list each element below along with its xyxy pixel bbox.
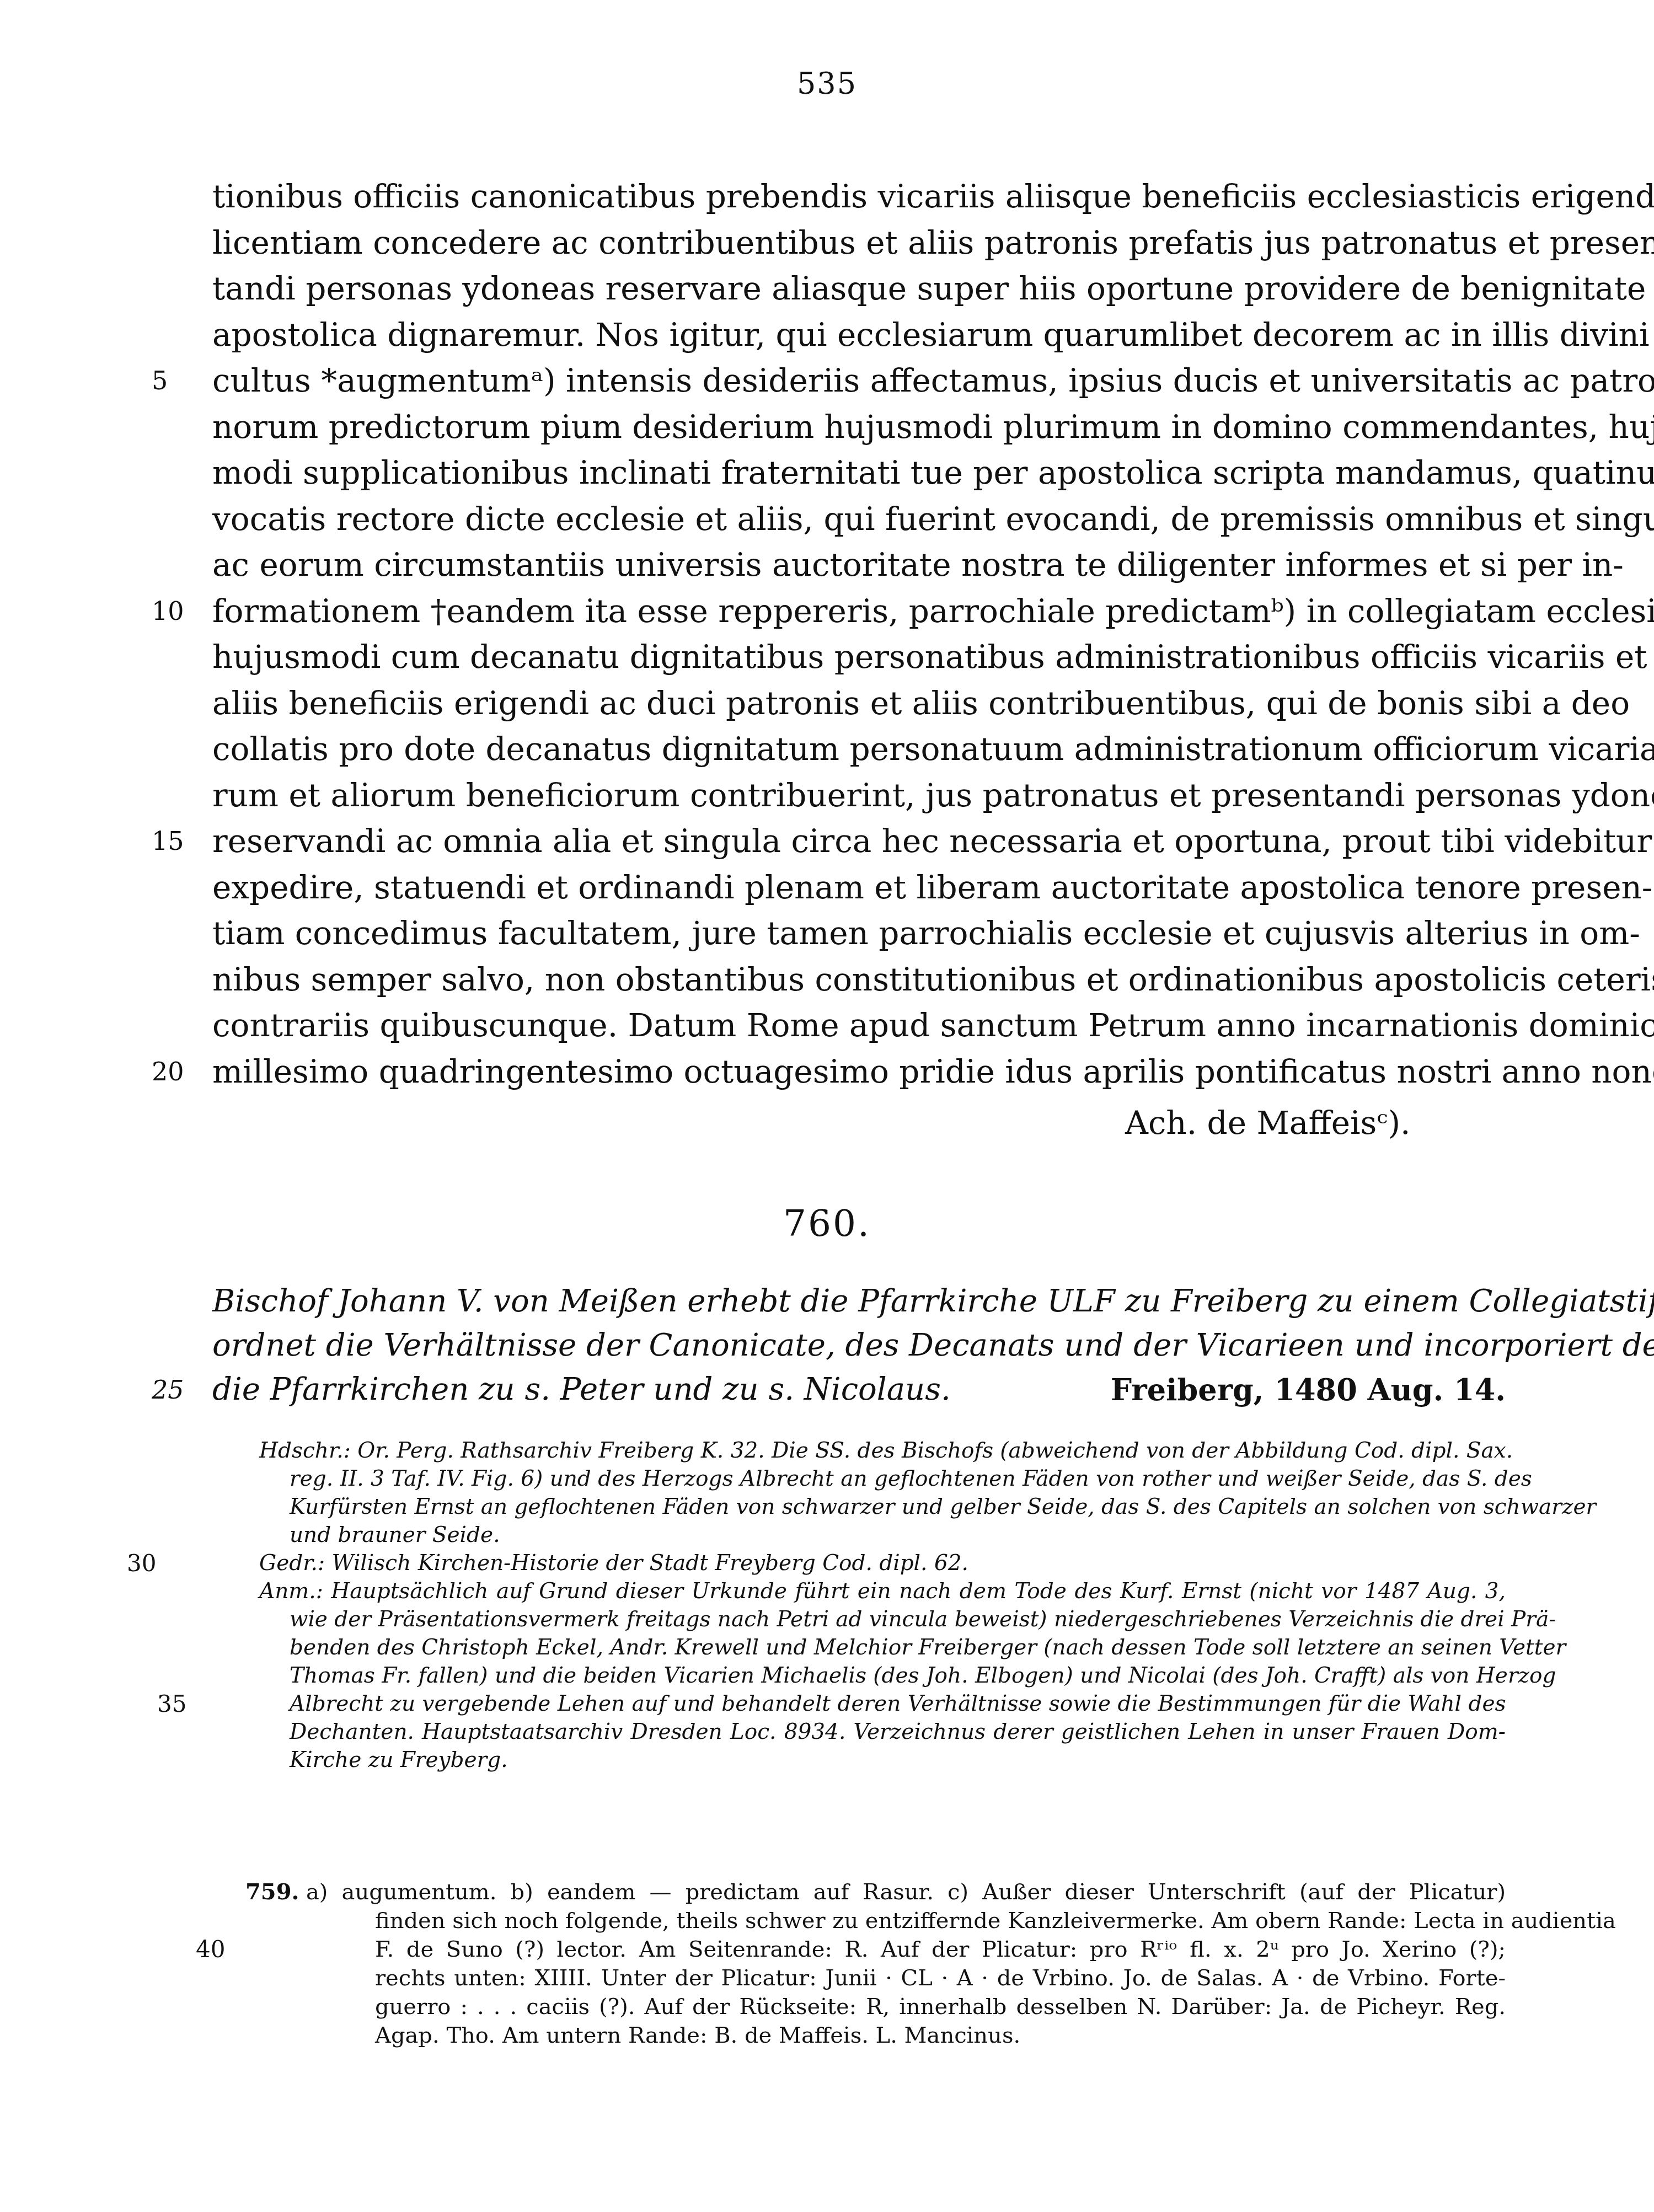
- line-number: 20: [152, 1049, 190, 1095]
- line-number: 15: [152, 818, 190, 865]
- text-line: nibus semper salvo, non obstantibus cons…: [212, 957, 1506, 1003]
- line-text: Agap. Tho. Am untern Rande: B. de Maffei…: [375, 2023, 1020, 2048]
- text-line: modi supplicationibus inclinati fraterni…: [212, 450, 1506, 496]
- summary-line: Bischof Johann V. von Meißen erhebt die …: [212, 1279, 1506, 1324]
- text-line: tandi personas ydoneas reservare aliasqu…: [212, 266, 1506, 312]
- line-text: wie der Präsentationsvermerk freitags na…: [290, 1607, 1556, 1632]
- text-line: aliis beneficiis erigendi ac duci patron…: [212, 681, 1506, 727]
- footnote-line: rechts unten: XIIII. Unter der Plicatur:…: [375, 1964, 1506, 1993]
- line-text: Bischof Johann V. von Meißen erhebt die …: [212, 1279, 1506, 1324]
- document-summary: Bischof Johann V. von Meißen erhebt die …: [212, 1279, 1506, 1412]
- line-text: Kurfürsten Ernst an geflochtenen Fäden v…: [290, 1495, 1596, 1519]
- text-line: tiam concedimus facultatem, jure tamen p…: [212, 910, 1506, 957]
- line-text: millesimo quadringentesimo octuagesimo p…: [212, 1049, 1506, 1095]
- note-line: Hdschr.: Or. Perg. Rathsarchiv Freiberg …: [259, 1437, 1506, 1465]
- footnote-line: finden sich noch folgende, theils schwer…: [375, 1906, 1506, 1935]
- note-line: Kirche zu Freyberg.: [290, 1746, 1506, 1774]
- line-text: Dechanten. Hauptstaatsarchiv Dresden Loc…: [290, 1720, 1506, 1744]
- line-text: formationem †eandem ita esse reppereris,…: [212, 588, 1506, 635]
- text-line: licentiam concedere ac contribuentibus e…: [212, 220, 1506, 266]
- line-text: apostolica dignaremur. Nos igitur, qui e…: [212, 312, 1506, 358]
- text-line: apostolica dignaremur. Nos igitur, qui e…: [212, 312, 1506, 358]
- line-number: 10: [152, 588, 190, 635]
- footnote-line: a) augumentum. b) eandem — predictam auf…: [306, 1878, 1506, 1906]
- page-number: 535: [0, 66, 1654, 101]
- line-text: nibus semper salvo, non obstantibus cons…: [212, 957, 1506, 1003]
- line-number: 40: [196, 1935, 234, 1964]
- text-line: 20millesimo quadringentesimo octuagesimo…: [212, 1049, 1506, 1095]
- line-text: rechts unten: XIIII. Unter der Plicatur:…: [375, 1965, 1506, 1991]
- line-number: 25: [152, 1368, 190, 1412]
- signature: Ach. de Maffeisᶜ).: [1125, 1100, 1410, 1146]
- line-text: benden des Christoph Eckel, Andr. Krewel…: [290, 1635, 1566, 1660]
- text-line: 10formationem †eandem ita esse reppereri…: [212, 588, 1506, 635]
- line-number: 30: [127, 1549, 165, 1577]
- footnotes: a) augumentum. b) eandem — predictam auf…: [306, 1878, 1506, 2050]
- note-line: reg. II. 3 Taf. IV. Fig. 6) und des Herz…: [290, 1465, 1506, 1493]
- line-text: Anm.: Hauptsächlich auf Grund dieser Urk…: [259, 1579, 1506, 1604]
- line-text: vocatis rectore dicte ecclesie et aliis,…: [212, 496, 1506, 543]
- text-line: ac eorum circumstantiis universis auctor…: [212, 542, 1506, 588]
- text-line: collatis pro dote decanatus dignitatum p…: [212, 726, 1506, 773]
- line-text: modi supplicationibus inclinati fraterni…: [212, 450, 1506, 496]
- note-line: benden des Christoph Eckel, Andr. Krewel…: [290, 1633, 1506, 1662]
- line-text: Albrecht zu vergebende Lehen auf und beh…: [290, 1691, 1506, 1716]
- text-line: rum et aliorum beneficiorum contribuerin…: [212, 773, 1506, 819]
- line-text: finden sich noch folgende, theils schwer…: [375, 1908, 1616, 1934]
- line-text: contrariis quibuscunque. Datum Rome apud…: [212, 1003, 1506, 1049]
- line-text: reg. II. 3 Taf. IV. Fig. 6) und des Herz…: [290, 1466, 1532, 1491]
- line-text: ordnet die Verhältnisse der Canonicate, …: [212, 1324, 1506, 1368]
- footnote-ref-number: 759.: [245, 1878, 299, 1906]
- line-text: cultus *augmentumᵃ) intensis desideriis …: [212, 358, 1506, 404]
- line-text: hujusmodi cum decanatu dignitatibus pers…: [212, 634, 1506, 681]
- line-text: expedire, statuendi et ordinandi plenam …: [212, 865, 1506, 911]
- line-text: aliis beneficiis erigendi ac duci patron…: [212, 681, 1506, 727]
- text-line: expedire, statuendi et ordinandi plenam …: [212, 865, 1506, 911]
- line-text: reservandi ac omnia alia et singula circ…: [212, 818, 1506, 865]
- place-date: Freiberg, 1480 Aug. 14.: [1111, 1368, 1506, 1412]
- document-number: 760.: [0, 1202, 1654, 1245]
- line-text: F. de Suno (?) lector. Am Seitenrande: R…: [375, 1937, 1506, 1962]
- footnote-line: Agap. Tho. Am untern Rande: B. de Maffei…: [375, 2021, 1506, 2050]
- line-text: Gedr.: Wilisch Kirchen-Historie der Stad…: [259, 1551, 968, 1576]
- line-text: tionibus officiis canonicatibus prebendi…: [212, 174, 1506, 220]
- text-line: vocatis rectore dicte ecclesie et aliis,…: [212, 496, 1506, 543]
- document-notes: Hdschr.: Or. Perg. Rathsarchiv Freiberg …: [259, 1437, 1506, 1774]
- line-text: Hdschr.: Or. Perg. Rathsarchiv Freiberg …: [259, 1438, 1513, 1463]
- line-text: guerro : . . . caciis (?). Auf der Rücks…: [375, 1994, 1506, 2020]
- note-line: Thomas Fr. fallen) und die beiden Vicari…: [290, 1662, 1506, 1690]
- line-text: Thomas Fr. fallen) und die beiden Vicari…: [290, 1663, 1556, 1688]
- line-text: collatis pro dote decanatus dignitatum p…: [212, 726, 1506, 773]
- note-line: Kurfürsten Ernst an geflochtenen Fäden v…: [290, 1493, 1506, 1521]
- text-line: contrariis quibuscunque. Datum Rome apud…: [212, 1003, 1506, 1049]
- footnote-line: guerro : . . . caciis (?). Auf der Rücks…: [375, 1993, 1506, 2021]
- text-line: norum predictorum pium desiderium hujusm…: [212, 404, 1506, 451]
- text-line: tionibus officiis canonicatibus prebendi…: [212, 174, 1506, 220]
- summary-line: ordnet die Verhältnisse der Canonicate, …: [212, 1324, 1506, 1368]
- text-line: 15reservandi ac omnia alia et singula ci…: [212, 818, 1506, 865]
- note-line: 35Albrecht zu vergebende Lehen auf und b…: [290, 1690, 1506, 1718]
- text-line: 5cultus *augmentumᵃ) intensis desideriis…: [212, 358, 1506, 404]
- line-text: a) augumentum. b) eandem — predictam auf…: [306, 1879, 1506, 1905]
- footnote-line: 40F. de Suno (?) lector. Am Seitenrande:…: [375, 1935, 1506, 1964]
- note-line: Dechanten. Hauptstaatsarchiv Dresden Loc…: [290, 1718, 1506, 1746]
- line-text: tandi personas ydoneas reservare aliasqu…: [212, 266, 1506, 312]
- main-text-block: tionibus officiis canonicatibus prebendi…: [212, 174, 1506, 1095]
- note-line: und brauner Seide.: [290, 1521, 1506, 1549]
- line-text: tiam concedimus facultatem, jure tamen p…: [212, 910, 1506, 957]
- line-text: Kirche zu Freyberg.: [290, 1748, 508, 1772]
- line-number: 35: [157, 1690, 196, 1718]
- line-number: 5: [152, 358, 190, 404]
- line-text: norum predictorum pium desiderium hujusm…: [212, 404, 1506, 451]
- note-line: Anm.: Hauptsächlich auf Grund dieser Urk…: [259, 1577, 1506, 1605]
- text-line: hujusmodi cum decanatu dignitatibus pers…: [212, 634, 1506, 681]
- line-text: rum et aliorum beneficiorum contribuerin…: [212, 773, 1506, 819]
- line-text: licentiam concedere ac contribuentibus e…: [212, 220, 1506, 266]
- line-text: und brauner Seide.: [290, 1523, 500, 1547]
- summary-line: 25die Pfarrkirchen zu s. Peter und zu s.…: [212, 1368, 1506, 1412]
- note-line: wie der Präsentationsvermerk freitags na…: [290, 1605, 1506, 1633]
- note-line: 30Gedr.: Wilisch Kirchen-Historie der St…: [259, 1549, 1506, 1577]
- line-text: ac eorum circumstantiis universis auctor…: [212, 542, 1506, 588]
